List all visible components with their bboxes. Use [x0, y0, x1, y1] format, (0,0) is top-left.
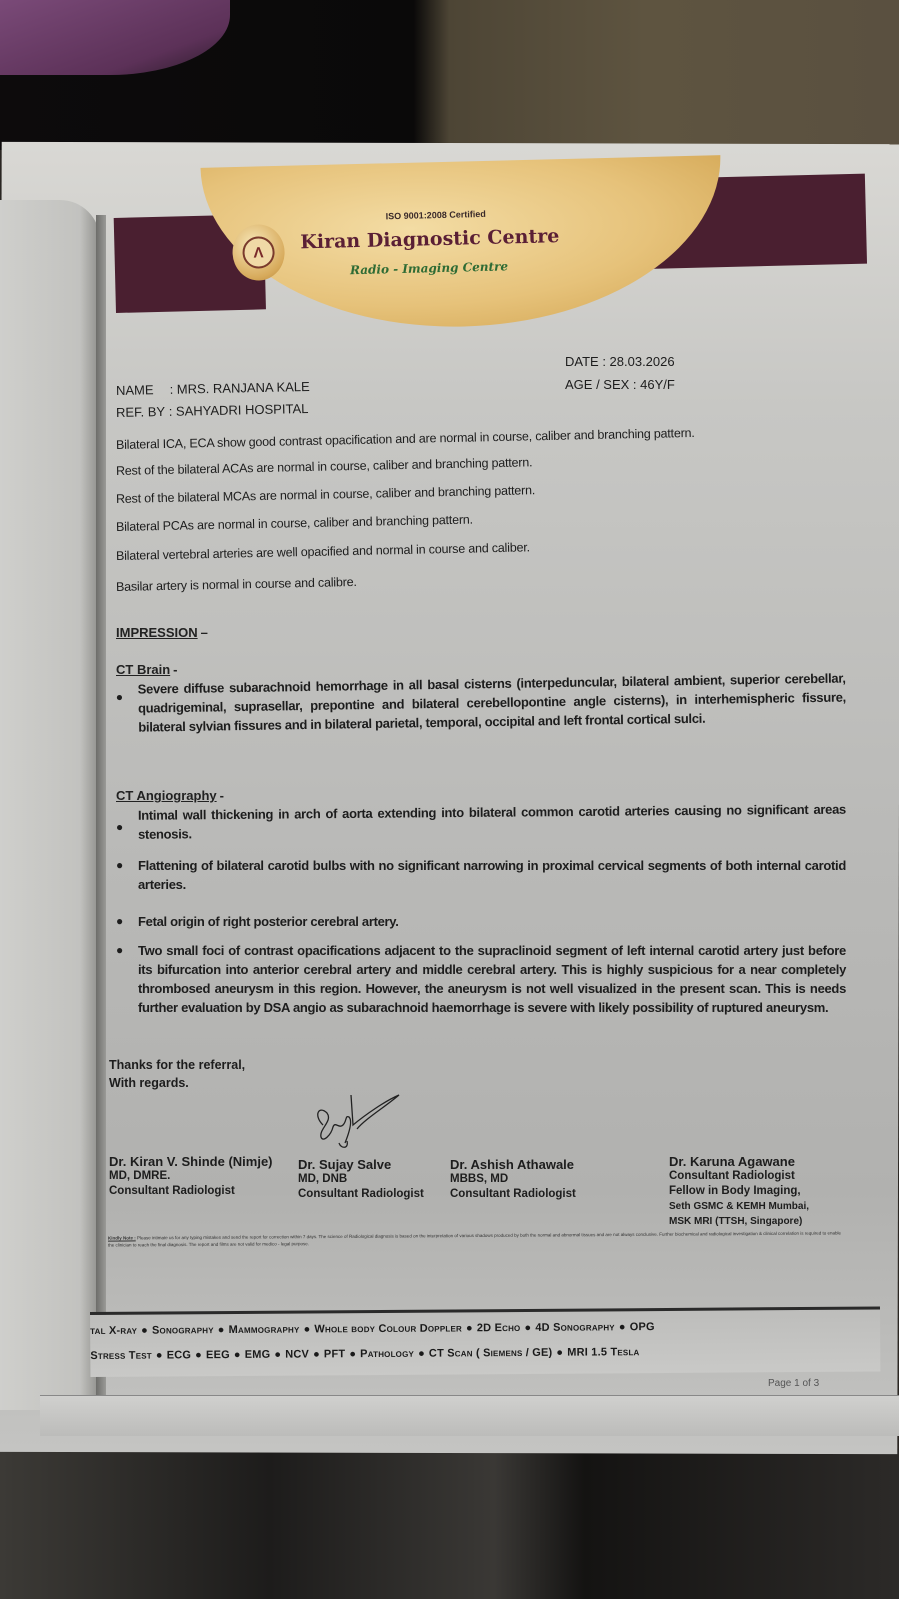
bullet-separator-icon: ● [304, 1323, 311, 1335]
service-item: OPG [630, 1321, 655, 1333]
disclaimer-label: Kindly Note : [108, 1235, 136, 1240]
services-line-2: Stress Test●ECG●EEG●EMG●NCV●PFT●Patholog… [90, 1344, 890, 1362]
doctor-name: Dr. Sujay Salve [298, 1157, 424, 1172]
bullet-separator-icon: ● [218, 1324, 225, 1336]
finding-line: Basilar artery is normal in course and c… [116, 575, 357, 594]
service-item: MRI 1.5 Tesla [567, 1346, 639, 1359]
ct-angiography-dash: - [220, 788, 224, 803]
service-item: ECG [167, 1349, 192, 1361]
service-item: EMG [245, 1349, 271, 1361]
doctor-name: Dr. Karuna Agawane [669, 1154, 809, 1169]
bullet-separator-icon: ● [195, 1349, 202, 1361]
bullet-icon: ● [116, 912, 123, 931]
disclaimer-text: Please intimate us for any typing mistak… [108, 1230, 841, 1247]
bullet-icon: ● [116, 856, 123, 875]
bullet-separator-icon: ● [141, 1325, 148, 1337]
signature [305, 1085, 405, 1155]
service-item: Pathology [360, 1348, 414, 1360]
doctor-signatory: Dr. Sujay Salve MD, DNB Consultant Radio… [298, 1157, 424, 1202]
bullet-separator-icon: ● [349, 1348, 356, 1360]
finding-line: Bilateral ICA, ECA show good contrast op… [116, 426, 695, 452]
referred-by-row: REF. BY : SAHYADRI HOSPITAL [116, 401, 309, 420]
bullet-separator-icon: ● [556, 1347, 563, 1359]
ct-brain-dash: - [173, 662, 177, 677]
ct-angio-finding: ● Intimal wall thickening in arch of aor… [116, 800, 846, 844]
page-indicator: Page 1 of 3 [768, 1378, 819, 1389]
ct-brain-title: CT Brain [116, 662, 170, 677]
services-footer: tal X-ray●Sonography●Mammography●Whole b… [90, 1306, 880, 1377]
service-item: Sonography [152, 1324, 214, 1336]
referred-by-label: REF. BY [116, 404, 165, 420]
bullet-icon: ● [116, 818, 123, 837]
service-item: 2D Echo [477, 1322, 521, 1334]
closing-thanks: Thanks for the referral, [109, 1056, 245, 1074]
closing-remarks: Thanks for the referral, With regards. [109, 1056, 245, 1092]
patient-name-value: : MRS. RANJANA KALE [169, 379, 309, 397]
bullet-separator-icon: ● [418, 1348, 425, 1360]
age-sex: AGE / SEX : 46Y/F [565, 377, 675, 392]
service-item: EEG [206, 1349, 230, 1361]
bullet-separator-icon: ● [619, 1321, 626, 1333]
services-line-1: tal X-ray●Sonography●Mammography●Whole b… [90, 1319, 890, 1337]
page-bottom-edge [40, 1395, 899, 1436]
impression-dash: – [201, 625, 208, 640]
impression-title: IMPRESSION [116, 625, 198, 640]
ct-angio-finding: ● Two small foci of contrast opacificati… [116, 941, 846, 1017]
impression-heading: IMPRESSION– [116, 625, 208, 640]
doctor-name: Dr. Kiran V. Shinde (Nimje) [109, 1154, 273, 1169]
finding-line: Bilateral vertebral arteries are well op… [116, 540, 530, 563]
bullet-icon: ● [116, 688, 123, 707]
ct-angiography-heading: CT Angiography- [116, 788, 224, 803]
bullet-icon: ● [116, 941, 123, 960]
service-item: 4D Sonography [535, 1321, 615, 1334]
bullet-separator-icon: ● [313, 1348, 320, 1360]
doctor-signatory: Dr. Karuna Agawane Consultant Radiologis… [669, 1154, 809, 1229]
finding-line: Rest of the bilateral MCAs are normal in… [116, 483, 535, 506]
ct-brain-heading: CT Brain- [116, 662, 178, 677]
service-item: Whole body Colour Doppler [314, 1322, 462, 1335]
bullet-separator-icon: ● [274, 1349, 281, 1361]
ct-angiography-title: CT Angiography [116, 788, 217, 803]
doctor-signatory: Dr. Kiran V. Shinde (Nimje) MD, DMRE. Co… [109, 1154, 273, 1199]
service-item: tal X-ray [90, 1325, 137, 1337]
doctor-name: Dr. Ashish Athawale [450, 1157, 576, 1172]
report-date: DATE : 28.03.2026 [565, 354, 675, 369]
finding-line: Bilateral PCAs are normal in course, cal… [116, 513, 473, 534]
patient-name-row: NAME : MRS. RANJANA KALE [116, 379, 310, 398]
disclaimer-note: Kindly Note : Please intimate us for any… [108, 1229, 848, 1248]
ct-angio-finding: ● Flattening of bilateral carotid bulbs … [116, 856, 846, 894]
ct-angio-finding: ● Fetal origin of right posterior cerebr… [116, 912, 846, 931]
service-item: CT Scan ( Siemens / GE) [429, 1347, 553, 1360]
service-item: Stress Test [90, 1350, 152, 1362]
service-item: PFT [324, 1348, 345, 1360]
bullet-separator-icon: ● [466, 1322, 473, 1334]
doctor-signatory: Dr. Ashish Athawale MBBS, MD Consultant … [450, 1157, 576, 1202]
closing-regards: With regards. [109, 1074, 245, 1092]
finding-line: Rest of the bilateral ACAs are normal in… [116, 455, 533, 478]
bullet-separator-icon: ● [524, 1322, 531, 1334]
service-item: NCV [285, 1348, 309, 1360]
referred-by-value: : SAHYADRI HOSPITAL [169, 401, 309, 419]
bullet-separator-icon: ● [156, 1349, 163, 1361]
bullet-separator-icon: ● [234, 1349, 241, 1361]
service-item: Mammography [229, 1324, 300, 1336]
patient-name-label: NAME [116, 382, 166, 398]
ct-brain-finding: ● Severe diffuse subarachnoid hemorrhage… [116, 669, 847, 737]
